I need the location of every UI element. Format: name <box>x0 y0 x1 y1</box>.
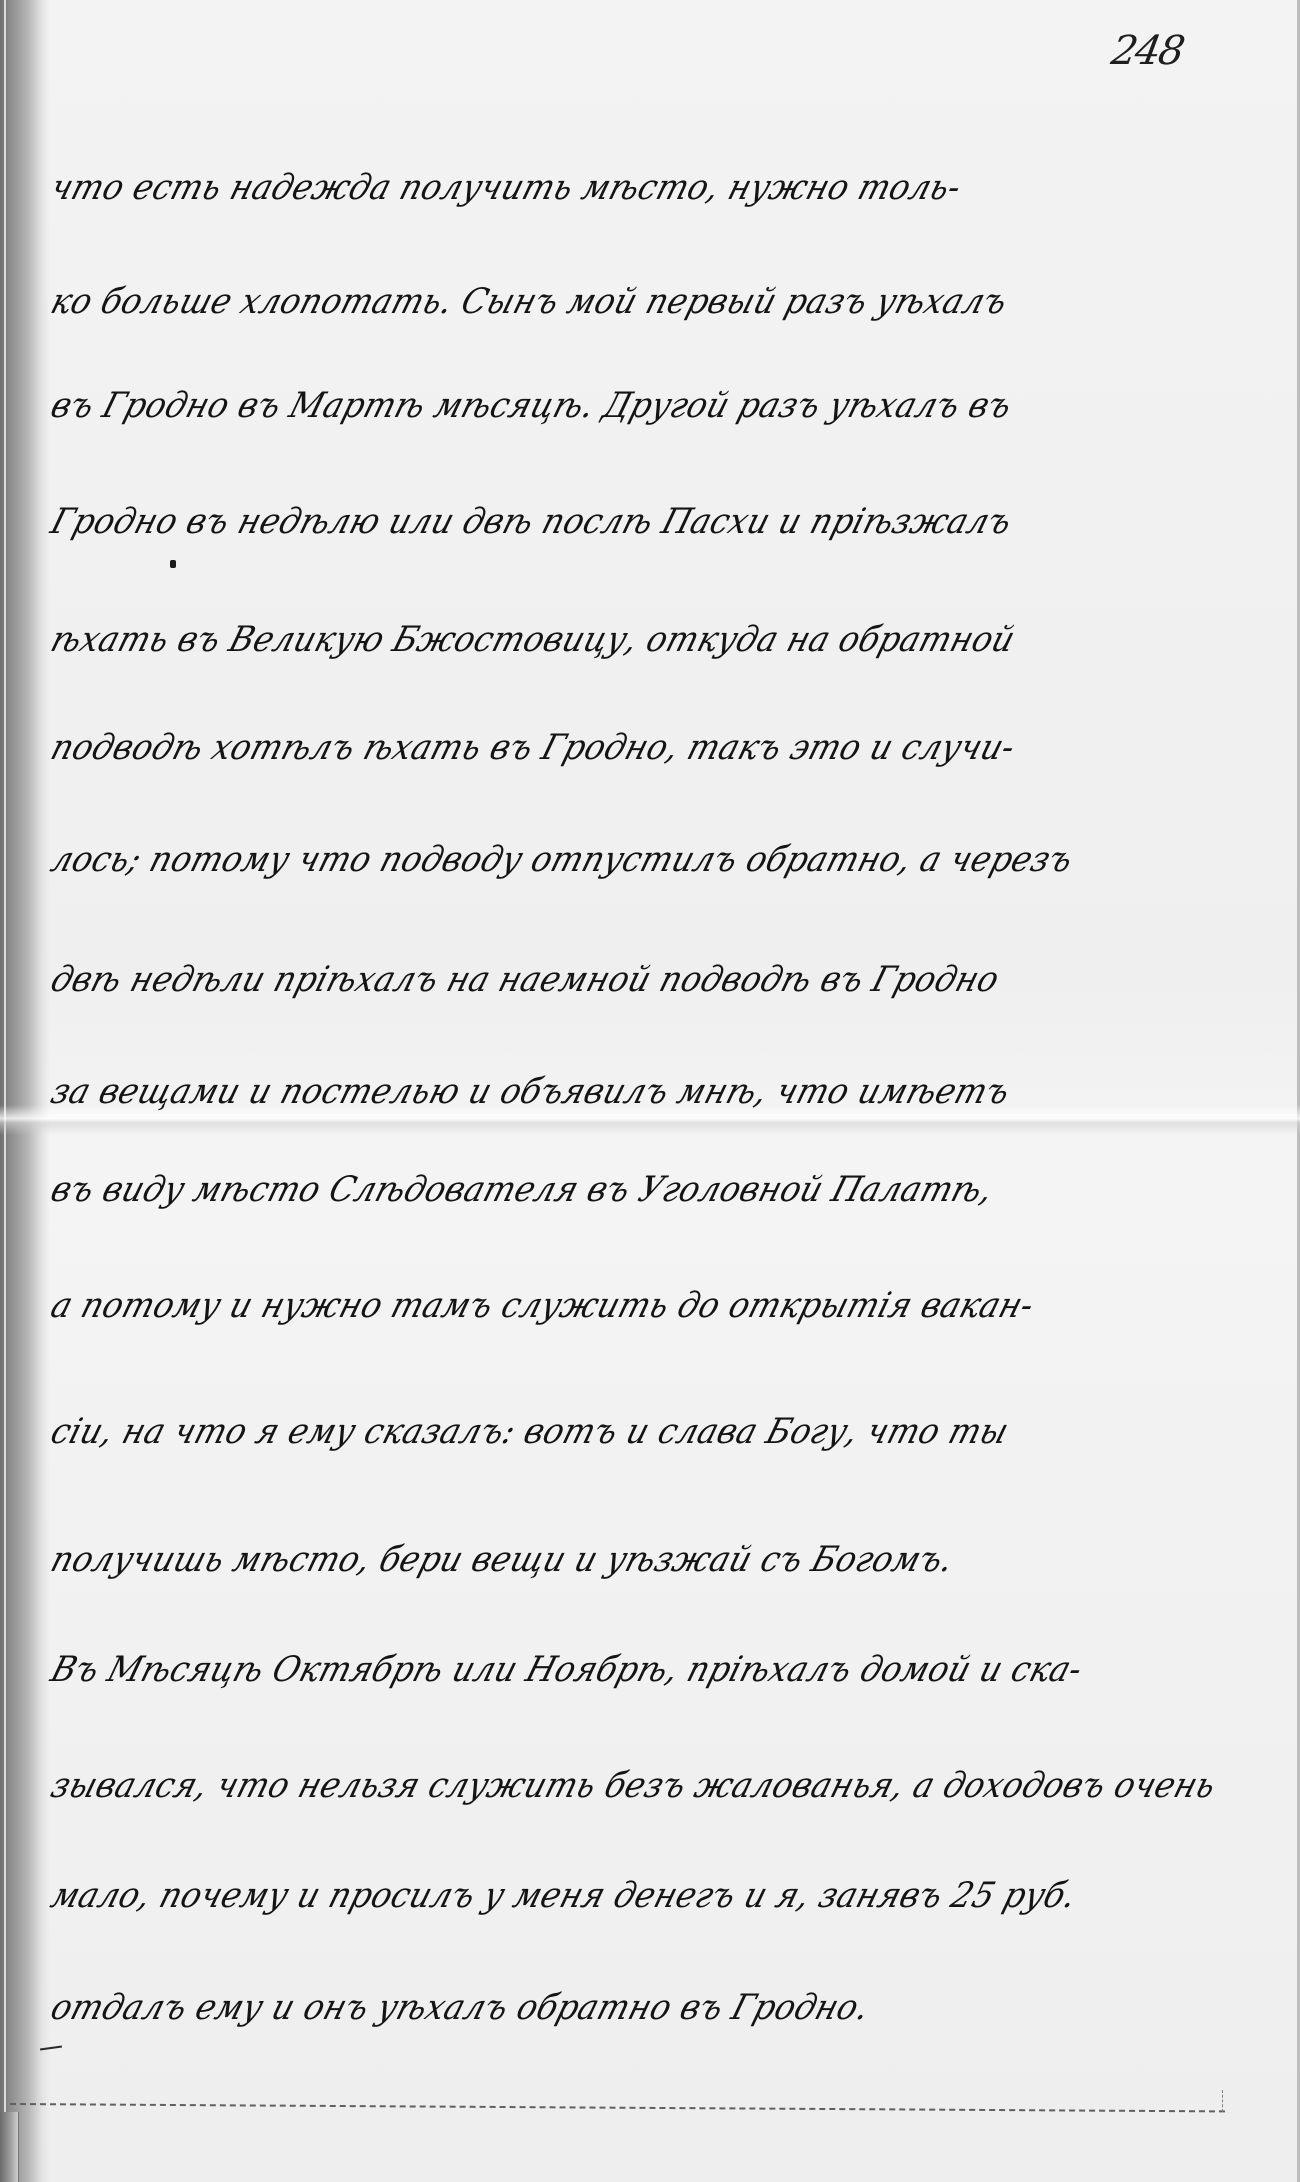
text-line: что есть надежда получить мѣсто, нужно т… <box>46 168 965 208</box>
text-line: въ Гродно въ Мартѣ мѣсяцѣ. Другой разъ у… <box>46 386 1016 426</box>
text-line: а потому и нужно тамъ служить до открыті… <box>46 1286 1038 1326</box>
page-bottom-edge-line <box>10 2103 1225 2112</box>
text-line: въ виду мѣсто Слѣдователя въ Уголовной П… <box>46 1170 997 1210</box>
text-line: зывался, что нельзя служить безъ жалован… <box>46 1766 1220 1806</box>
page-number: 248 <box>1108 28 1186 74</box>
text-line: получишь мѣсто, бери вещи и уѣзжай съ Бо… <box>46 1540 958 1580</box>
text-line: ко больше хлопотать. Сынъ мой первый раз… <box>46 282 1011 322</box>
text-line: сіи, на что я ему сказалъ: вотъ и слава … <box>46 1412 1013 1452</box>
text-line: двѣ недѣли пріѣхалъ на наемной подводѣ в… <box>46 960 1003 1000</box>
binding-tab <box>0 2112 19 2182</box>
manuscript-page: 248 что есть надежда получить мѣсто, нуж… <box>0 0 1300 2182</box>
text-line: мало, почему и просилъ у меня денегъ и я… <box>46 1876 1081 1916</box>
ink-speck <box>170 560 176 568</box>
binding-shadow <box>0 0 50 2182</box>
text-line: ѣхать въ Великую Бжостовицу, откуда на о… <box>46 620 1019 660</box>
text-line: Гродно въ недѣлю или двѣ послѣ Пасхи и п… <box>46 502 1016 542</box>
text-line: отдалъ ему и онъ уѣхалъ обратно въ Гродн… <box>46 1988 873 2028</box>
text-line: за вещами и постелью и объявилъ мнѣ, что… <box>46 1072 1014 1112</box>
text-line: подводѣ хотѣлъ ѣхать въ Гродно, такъ это… <box>46 728 1019 768</box>
text-line: Въ Мѣсяцѣ Октябрѣ или Ноябрѣ, пріѣхалъ д… <box>46 1650 1086 1690</box>
text-line: лось; потому что подводу отпустилъ обрат… <box>46 840 1077 880</box>
page-bottom-corner-mark <box>1222 2090 1223 2112</box>
binding-edge-line <box>4 0 6 2182</box>
